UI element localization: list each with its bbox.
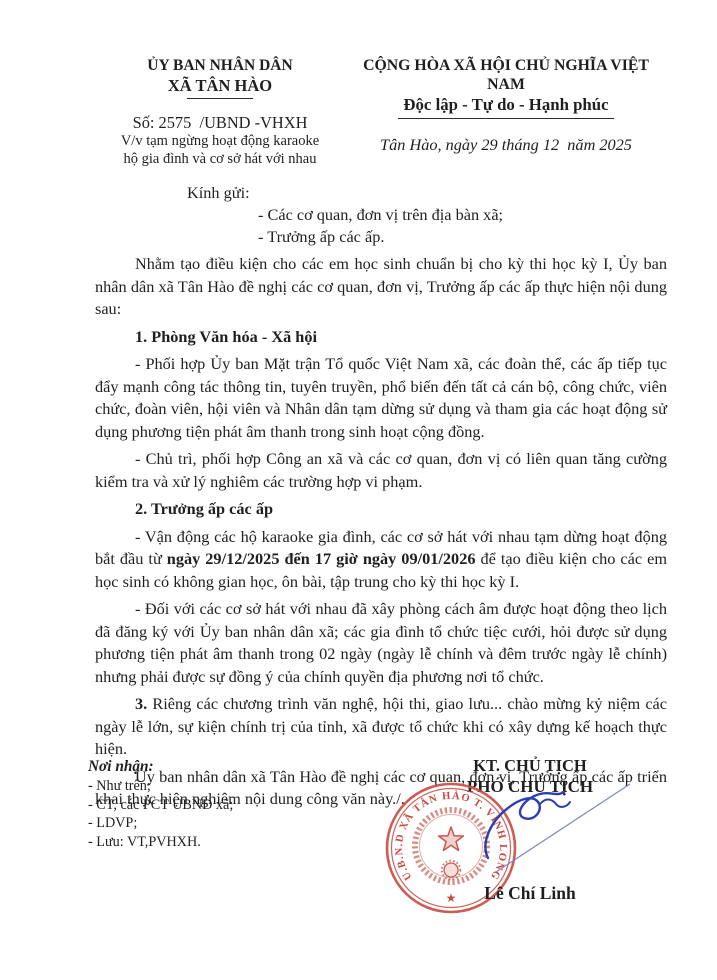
section-2-paragraph: - Vận động các hộ karaoke gia đình, các … bbox=[95, 526, 667, 594]
signature-scribble bbox=[485, 792, 564, 858]
national-block: CỘNG HÒA XÃ HỘI CHỦ NGHĨA VIỆT NAM Độc l… bbox=[345, 56, 667, 168]
place-date-line: Tân Hào, ngày 29 tháng 12 năm 2025 bbox=[345, 135, 667, 155]
issuer-name-line2: XÃ TÂN HÀO bbox=[168, 75, 272, 99]
signer-name: Lê Chí Linh bbox=[425, 883, 635, 904]
recipients-block: Nơi nhận: - Như trên; - CT, các PCT UBND… bbox=[88, 757, 233, 851]
recipients-item: - Như trên; bbox=[88, 777, 233, 796]
subject-line2: hộ gia đình và cơ sở hát với nhau bbox=[95, 151, 345, 169]
issuer-block: ỦY BAN NHÂN DÂN XÃ TÂN HÀO Số: 2575 /UBN… bbox=[95, 56, 345, 168]
recipients-item: - Lưu: VT,PVHXH. bbox=[88, 833, 233, 852]
document-page: ỦY BAN NHÂN DÂN XÃ TÂN HÀO Số: 2575 /UBN… bbox=[0, 0, 717, 980]
national-motto: Độc lập - Tự do - Hạnh phúc bbox=[398, 94, 613, 119]
subject-line1: V/v tạm ngừng hoạt động karaoke bbox=[95, 133, 345, 151]
document-content: ỦY BAN NHÂN DÂN XÃ TÂN HÀO Số: 2575 /UBN… bbox=[95, 0, 667, 816]
document-header: ỦY BAN NHÂN DÂN XÃ TÂN HÀO Số: 2575 /UBN… bbox=[95, 56, 667, 168]
signature-flourish-line bbox=[496, 784, 630, 872]
salutation-recipient: - Các cơ quan, đơn vị trên địa bàn xã; bbox=[258, 204, 667, 226]
recipients-label: Nơi nhận: bbox=[88, 757, 233, 777]
section-3-paragraph: 3. Riêng các chương trình văn nghệ, hội … bbox=[95, 693, 667, 761]
paragraph-intro: Nhằm tạo điều kiện cho các em học sinh c… bbox=[95, 253, 667, 321]
section-1-heading: 1. Phòng Văn hóa - Xã hội bbox=[95, 326, 667, 349]
signature-scribble-tail bbox=[540, 799, 570, 806]
salutation-recipient: - Trưởng ấp các ấp. bbox=[258, 226, 667, 248]
document-number: Số: 2575 /UBND -VHXH bbox=[95, 112, 345, 133]
salutation-block: Kính gửi: - Các cơ quan, đơn vị trên địa… bbox=[95, 182, 667, 248]
section-1-paragraph: - Chủ trì, phối hợp Công an xã và các cơ… bbox=[95, 448, 667, 493]
document-body: Nhằm tạo điều kiện cho các em học sinh c… bbox=[95, 253, 667, 811]
salutation-label: Kính gửi: bbox=[187, 182, 667, 204]
signature-ink-icon bbox=[452, 770, 647, 878]
recipients-item: - LDVP; bbox=[88, 814, 233, 833]
recipients-item: - CT, các PCT UBND xã; bbox=[88, 796, 233, 815]
national-title: CỘNG HÒA XÃ HỘI CHỦ NGHĨA VIỆT NAM bbox=[345, 56, 667, 94]
section-2-paragraph: - Đối với các cơ sở hát với nhau đã xây … bbox=[95, 598, 667, 688]
section-2-heading: 2. Trưởng ấp các ấp bbox=[95, 498, 667, 521]
issuer-name-line1: ỦY BAN NHÂN DÂN bbox=[95, 56, 345, 75]
section-1-paragraph: - Phối hợp Ủy ban Mặt trận Tổ quốc Việt … bbox=[95, 353, 667, 443]
